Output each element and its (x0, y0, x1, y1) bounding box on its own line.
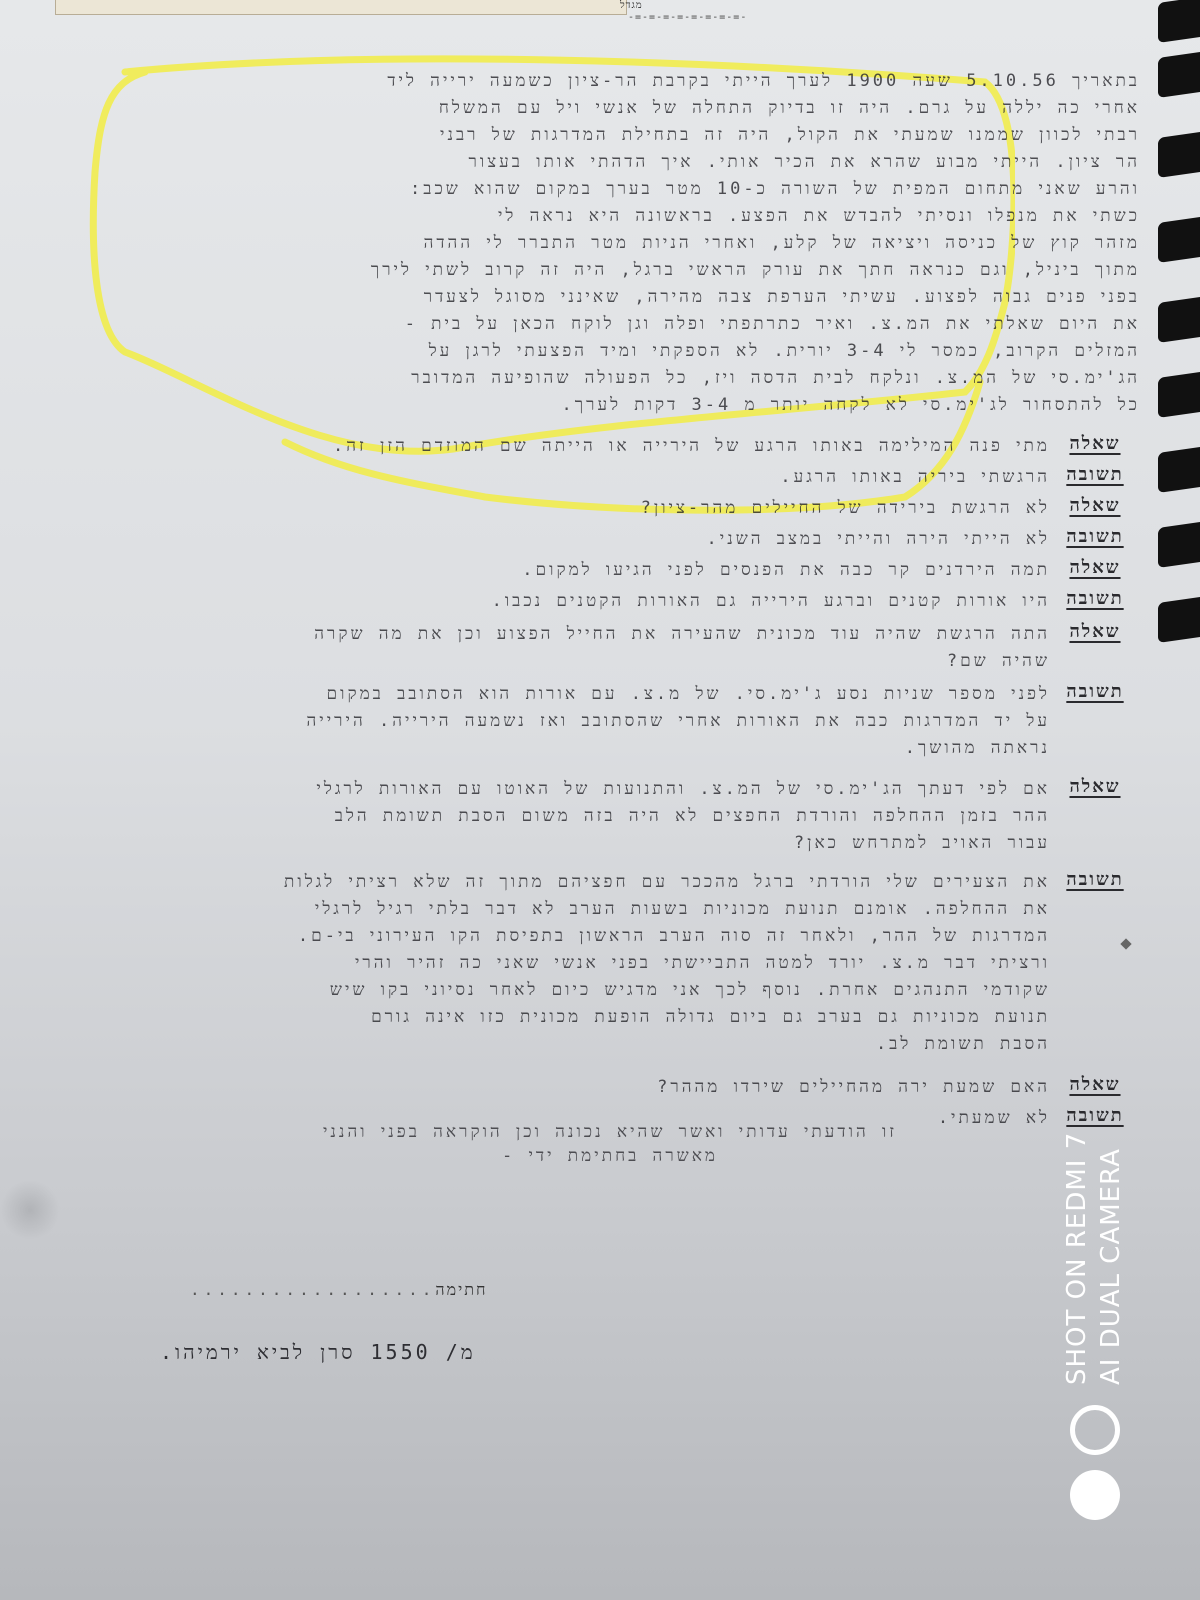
answer-row: תשובההיו אורות קטנים וברגע הירייה גם האו… (60, 588, 1140, 615)
signature-line: חתימה.................. (190, 1280, 488, 1300)
text-line: לפני מספר שניות נסע ג'ימ.סי. של מ.צ. עם … (70, 681, 1050, 708)
reference-number: מ/ 1550 סרן לביא ירמיהו. (160, 1340, 476, 1365)
top-text-fragment: מגדל (620, 0, 643, 11)
watermark-text: SHOT ON REDMI 7 AI DUAL CAMERA (1060, 1125, 1128, 1385)
watermark-line2: AI DUAL CAMERA (1094, 1125, 1128, 1385)
closing-line: זו הודעתי עדותי ואשר שהיא נכונה וכן הוקר… (230, 1120, 990, 1144)
text-line: היו אורות קטנים וברגע הירייה גם האורות ה… (70, 588, 1050, 615)
paper-smudge (0, 1180, 60, 1240)
opening-line: כל להתסחור לג'ימ.סי לא לקחה יותר מ 3-4 ד… (190, 392, 1140, 419)
text-line: המדרגות של ההר, ולאחר זה סוה הערב הראשון… (70, 923, 1050, 950)
text-line: שקודמי התנהגים אחרת. נוסף לכך אני מדגיש … (70, 977, 1050, 1004)
testimony-document: בתאריך 5.10.56 שעה 1900 לערך הייתי בקרבת… (60, 60, 1140, 1132)
opening-line: אחרי כה יללה על גרם. היה זו בדיוק התחלה … (190, 95, 1140, 122)
watermark-line1: SHOT ON REDMI 7 (1060, 1125, 1094, 1385)
text-line: תנועת מכוניות גם בערב גם ביום גדולה הופע… (70, 1004, 1050, 1031)
question-text: התה הרגשת שהיה עוד מכונית שהעירה את החיי… (60, 621, 1050, 675)
signature-dots: .................. (190, 1280, 435, 1299)
opening-paragraph-text: בתאריך 5.10.56 שעה 1900 לערך הייתי בקרבת… (180, 68, 1140, 419)
answer-row: תשובההרגשתי ביריה באותו הרגע. (60, 464, 1140, 491)
question-text: מתי פנה המילימה באותו הרגע של הירייה או … (60, 433, 1050, 460)
folded-paper-edge (55, 0, 627, 15)
watermark-ring-icon (1070, 1405, 1120, 1455)
opening-line: בתאריך 5.10.56 שעה 1900 לערך הייתי בקרבת… (190, 68, 1140, 95)
question-row: שאלההאם שמעת ירה מהחיילים שירדו מההר? (60, 1074, 1140, 1101)
answer-text: לא הייתי הירה והייתי במצב השני. (60, 526, 1050, 553)
answer-row: תשובהלפני מספר שניות נסע ג'ימ.סי. של מ.צ… (60, 681, 1140, 762)
answer-label: תשובה (1050, 588, 1140, 609)
text-line: תמה הירדנים קר כבה את הפנסים לפני הגיעו … (70, 557, 1050, 584)
opening-line: כשתי את מנפלו ונסיתי להבדש את הפצע. בראש… (190, 203, 1140, 230)
camera-watermark: SHOT ON REDMI 7 AI DUAL CAMERA (1060, 1130, 1140, 1530)
answer-text: היו אורות קטנים וברגע הירייה גם האורות ה… (60, 588, 1050, 615)
question-label: שאלה (1050, 495, 1140, 516)
answer-text: הרגשתי ביריה באותו הרגע. (60, 464, 1050, 491)
question-row: שאלההתה הרגשת שהיה עוד מכונית שהעירה את … (60, 621, 1140, 675)
opening-line: מזהר קוץ של כניסה ויציאה של קלע, ואחרי ה… (190, 230, 1140, 257)
opening-line: הר ציון. הייתי מבוע שהרא את הכיר אותי. א… (190, 149, 1140, 176)
qa-section: שאלהמתי פנה המילימה באותו הרגע של הירייה… (60, 433, 1140, 1132)
opening-line: והרע שאני מתחום המפית של השורה כ-10 מטר … (190, 176, 1140, 203)
opening-line: המזלים הקרוב, כמסר לי 3-4 יורית. לא הספק… (190, 338, 1140, 365)
question-row: שאלהלא הרגשת בירידה של החיילים מהר-ציון? (60, 495, 1140, 522)
watermark-dot-icon (1070, 1470, 1120, 1520)
text-line: מתי פנה המילימה באותו הרגע של הירייה או … (70, 433, 1050, 460)
text-line: הרגשתי ביריה באותו הרגע. (70, 464, 1050, 491)
closing-line: מאשרה בחתימת ידי - (230, 1144, 990, 1168)
answer-row: תשובהלא הייתי הירה והייתי במצב השני. (60, 526, 1140, 553)
answer-label: תשובה (1050, 681, 1140, 702)
question-text: אם לפי דעתך הג'ימ.סי של המ.צ. והתנועות ש… (60, 776, 1050, 857)
opening-line: בפני פנים גבוה לפצוע. עשיתי הערפת צבה מה… (190, 284, 1140, 311)
spiral-binding (1154, 0, 1200, 820)
text-line: לא הרגשת בירידה של החיילים מהר-ציון? (70, 495, 1050, 522)
opening-line: רבתי לכוון שממנו שמעתי את הקול, היה זה ב… (190, 122, 1140, 149)
answer-text: לפני מספר שניות נסע ג'ימ.סי. של מ.צ. עם … (60, 681, 1050, 762)
question-row: שאלהמתי פנה המילימה באותו הרגע של הירייה… (60, 433, 1140, 460)
text-line: את ההחלפה. אומנם תנועת מכוניות בשעות הער… (70, 896, 1050, 923)
question-label: שאלה (1050, 1074, 1140, 1095)
answer-label: תשובה (1050, 869, 1140, 890)
opening-line: את היום שאלתי את המ.צ. ואיר כתרתפתי ופלה… (190, 311, 1140, 338)
text-line: עבור האויב למתרחש כאן? (70, 830, 1050, 857)
question-text: האם שמעת ירה מהחיילים שירדו מההר? (60, 1074, 1050, 1101)
text-line: הסבת תשומת לב. (70, 1031, 1050, 1058)
answer-label: תשובה (1050, 1105, 1140, 1126)
question-label: שאלה (1050, 433, 1140, 454)
text-line: התה הרגשת שהיה עוד מכונית שהעירה את החיי… (70, 621, 1050, 648)
question-label: שאלה (1050, 557, 1140, 578)
text-line: אם לפי דעתך הג'ימ.סי של המ.צ. והתנועות ש… (70, 776, 1050, 803)
text-line: האם שמעת ירה מהחיילים שירדו מההר? (70, 1074, 1050, 1101)
text-line: לא הייתי הירה והייתי במצב השני. (70, 526, 1050, 553)
text-line: נראתה מהושך. (70, 735, 1050, 762)
text-line: ורציתי דבר מ.צ. יורד למטה התביישתי בפני … (70, 950, 1050, 977)
answer-label: תשובה (1050, 464, 1140, 485)
question-text: לא הרגשת בירידה של החיילים מהר-ציון? (60, 495, 1050, 522)
closing-statement: זו הודעתי עדותי ואשר שהיא נכונה וכן הוקר… (230, 1120, 990, 1168)
text-line: את הצעירים שלי הורדתי ברגל מהככר עם חפצי… (70, 869, 1050, 896)
question-row: שאלהתמה הירדנים קר כבה את הפנסים לפני הג… (60, 557, 1140, 584)
question-row: שאלהאם לפי דעתך הג'ימ.סי של המ.צ. והתנוע… (60, 776, 1140, 857)
text-line: ההר בזמן ההחלפה והורדת החפצים לא היה בזה… (70, 803, 1050, 830)
top-dash-line: -=-=-=-=-=-=-=-=- (628, 12, 747, 23)
text-line: על יד המדרגות כבה את האורות אחרי שהסתובב… (70, 708, 1050, 735)
text-line: שהיה שם? (70, 648, 1050, 675)
opening-paragraph: בתאריך 5.10.56 שעה 1900 לערך הייתי בקרבת… (180, 68, 1140, 419)
answer-row: תשובהאת הצעירים שלי הורדתי ברגל מהככר עם… (60, 869, 1140, 1058)
question-label: שאלה (1050, 621, 1140, 642)
question-label: שאלה (1050, 776, 1140, 797)
opening-line: מתוך ביניל, וגם כנראה חתך את עורק הראשי … (190, 257, 1140, 284)
question-text: תמה הירדנים קר כבה את הפנסים לפני הגיעו … (60, 557, 1050, 584)
opening-line: הג'ימ.סי של המ.צ. ונלקח לבית הדסה ויז, כ… (190, 365, 1140, 392)
answer-text: את הצעירים שלי הורדתי ברגל מהככר עם חפצי… (60, 869, 1050, 1058)
signature-label: חתימה (435, 1280, 487, 1299)
answer-label: תשובה (1050, 526, 1140, 547)
